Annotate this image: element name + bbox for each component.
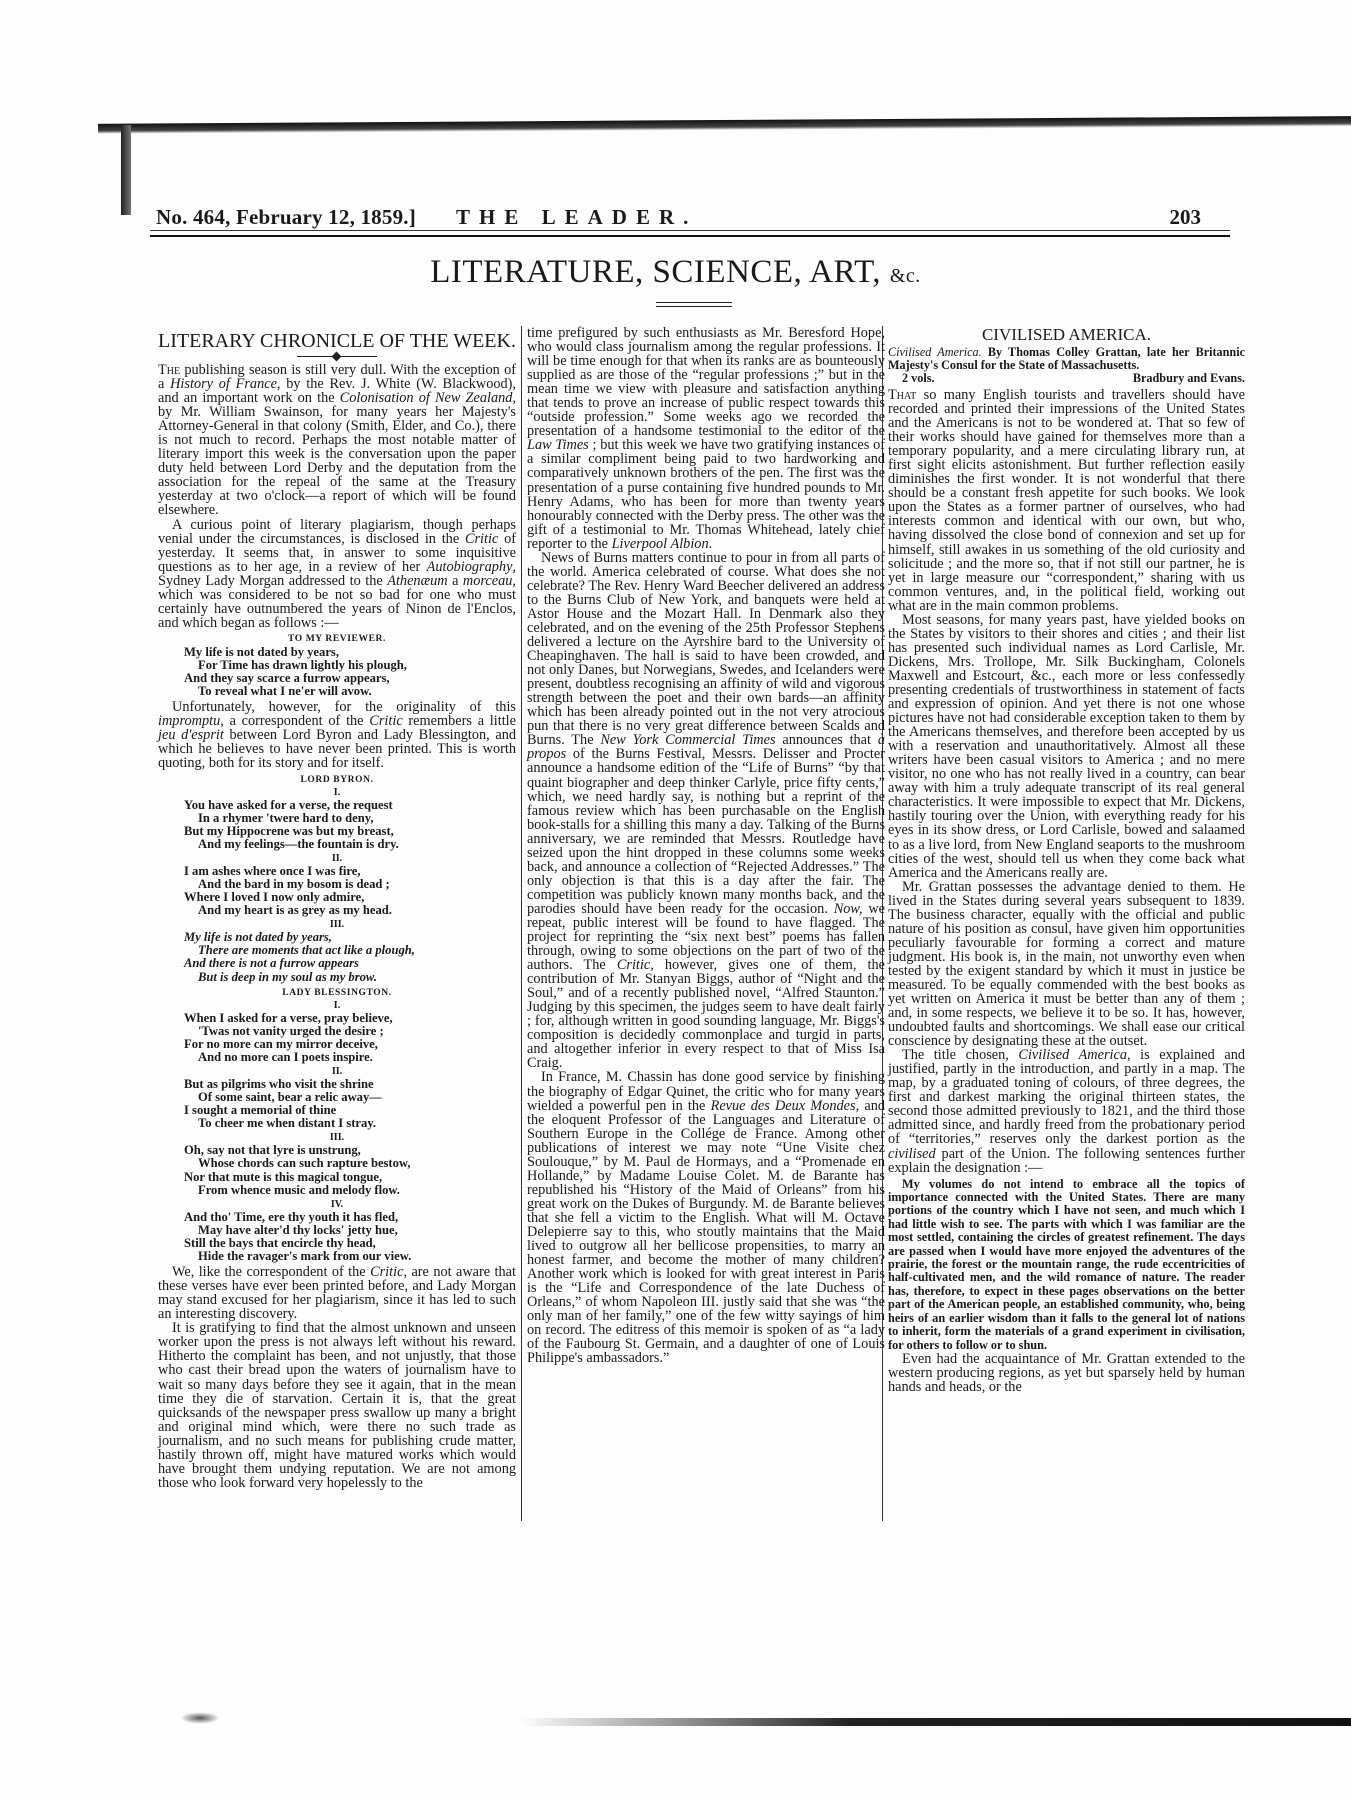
poem-line: And tho' Time, ere thy youth it has fled… [158,1211,516,1224]
stanza-number: III. [158,919,516,930]
book-title: Civilised America. [888,345,982,359]
poem-title: LORD BYRON. [158,774,516,786]
page-header: No. 464, February 12, 1859.] THE LEADER.… [156,205,1201,231]
stanza-number: I. [158,787,516,798]
poem-line: And no more can I poets inspire. [158,1051,516,1064]
section-title-etc: &c. [890,265,921,287]
block-quote: My volumes do not intend to embrace all … [888,1178,1245,1352]
article-title-literary-chronicle: LITERARY CHRONICLE OF THE WEEK. [158,329,516,353]
column-divider [521,326,522,1521]
poem-line: To cheer me when distant I stray. [158,1117,516,1130]
book-publication-line: 2 vols. Bradbury and Evans. [888,372,1245,385]
paragraph: In France, M. Chassin has done good serv… [527,1070,885,1365]
text: , and the eloquent Professor of the Lang… [527,1098,885,1367]
stanza-number: II. [158,1066,516,1077]
poem-line: In a rhymer 'twere hard to deny, [158,812,516,825]
poem-line: May have alter'd thy locks' jetty hue, [158,1224,516,1237]
page-number: 203 [1170,205,1202,230]
text: A curious point of literary plagiarism, … [158,517,516,547]
section-title-text: LITERATURE, SCIENCE, ART, [430,254,881,290]
stanza-number: II. [158,853,516,864]
column-2: time prefigured by such enthusiasts as M… [527,326,885,1365]
scan-smudge [180,1712,220,1724]
text: part of the Union. The following sentenc… [888,1146,1245,1176]
paragraph: Unfortunately, however, for the original… [158,700,516,770]
paragraph: News of Burns matters continue to pour i… [527,551,885,1071]
poem-line: But my Hippocrene was but my breast, [158,825,516,838]
poem-stanza: My life is not dated by years, There are… [158,931,516,983]
text: , however, gives one of them, the contri… [527,957,885,1071]
paragraph: The title chosen, Civilised America, is … [888,1048,1245,1174]
book-publisher: Bradbury and Evans. [1133,372,1245,385]
paragraph: The publishing season is still very dull… [158,363,516,518]
poem-stanza: Oh, say not that lyre is unstrung, Whose… [158,1144,516,1196]
poem-line: And my feelings—the fountain is dry. [158,838,516,851]
poem-line: And my heart is as grey as my head. [158,904,516,917]
scan-edge-top [98,116,1351,134]
paragraph: Mr. Grattan possesses the advantage deni… [888,880,1245,1049]
column-1: LITERARY CHRONICLE OF THE WEEK. The publ… [158,325,516,1490]
poem-line: You have asked for a verse, the request [158,799,516,812]
text: of the Burns Festival, Messrs. Delisser … [527,746,885,917]
title-rule [656,302,732,307]
scan-edge-left [121,125,131,215]
poem-line: Nor that mute is this magical tongue, [158,1171,516,1184]
article-title-civilised-america: CIVILISED AMERICA. [888,326,1245,344]
quote-text: My volumes do not intend to embrace all … [888,1178,1245,1352]
text: News of Burns matters continue to pour i… [527,550,885,749]
text: time prefigured by such enthusiasts as M… [527,325,885,439]
paragraph: time prefigured by such enthusiasts as M… [527,326,885,551]
issue-date: No. 464, February 12, 1859.] [156,205,416,230]
ornament-divider [297,356,377,357]
book-reference: Civilised America. By Thomas Colley Grat… [888,346,1245,385]
text: , by Mr. William Swainson, for many year… [158,390,516,518]
scan-edge-bottom [520,1718,1351,1726]
poem-line: For no more can my mirror deceive, [158,1038,516,1051]
stanza-number: I. [158,1000,516,1011]
poem-line: And there is not a furrow appears [158,957,516,970]
book-volumes: 2 vols. [902,372,935,385]
column-3: CIVILISED AMERICA. Civilised America. By… [888,326,1245,1394]
poem-line: I am ashes where once I was fire, [158,865,516,878]
poem-line: To reveal what I ne'er will avow. [158,685,516,698]
section-title: LITERATURE, SCIENCE, ART, &c. [0,254,1351,291]
poem-line: From whence music and melody flow. [158,1184,516,1197]
poem-to-my-reviewer: My life is not dated by years, For Time … [158,646,516,698]
poem-line: When I asked for a verse, pray believe, [158,1012,516,1025]
poem-stanza: You have asked for a verse, the request … [158,799,516,851]
paragraph: Even had the acquaintance of Mr. Grattan… [888,1352,1245,1394]
poem-stanza: I am ashes where once I was fire, And th… [158,865,516,917]
poem-stanza: But as pilgrims who visit the shrine Of … [158,1078,516,1130]
poem-title: LADY BLESSINGTON. [158,987,516,999]
stanza-number: III. [158,1132,516,1143]
text: so many English tourists and travellers … [888,387,1245,614]
masthead: THE LEADER. [456,205,697,230]
poem-line: But is deep in my soul as my brow. [158,971,516,984]
poem-title: TO MY REVIEWER. [158,633,516,645]
paragraph: That so many English tourists and travel… [888,388,1245,613]
stanza-number: IV. [158,1199,516,1210]
text: ; but this week we have two gratifying i… [527,437,885,551]
poem-line: Whose chords can such rapture bestow, [158,1157,516,1170]
header-rule [150,230,1230,237]
paragraph: A curious point of literary plagiarism, … [158,518,516,630]
poem-stanza: And tho' Time, ere thy youth it has fled… [158,1211,516,1263]
text: , is explained and justified, partly in … [888,1047,1245,1147]
poem-line: 'Twas not vanity urged the desire ; [158,1025,516,1038]
paragraph: We, like the correspondent of the Critic… [158,1265,516,1321]
poem-line: Hide the ravager's mark from our view. [158,1250,516,1263]
paragraph: Most seasons, for many years past, have … [888,613,1245,880]
poem-stanza: When I asked for a verse, pray believe, … [158,1012,516,1064]
paragraph: It is gratifying to find that the almost… [158,1321,516,1490]
